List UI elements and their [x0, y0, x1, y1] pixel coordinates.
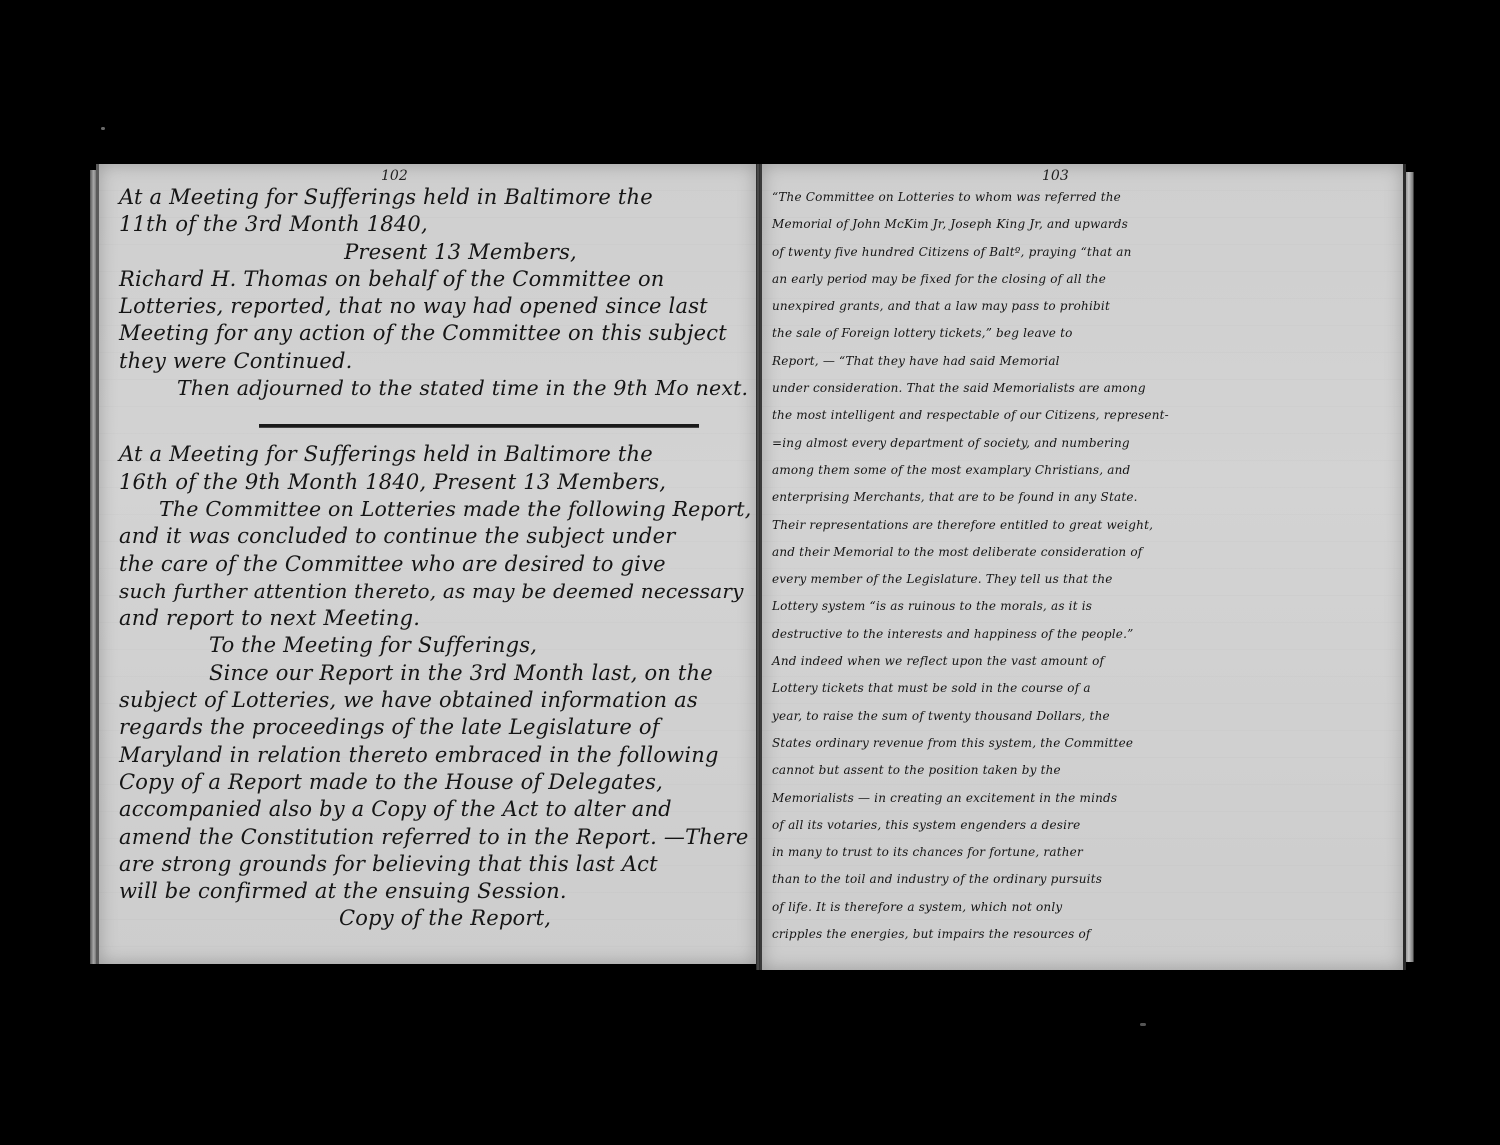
scan-dust-speck: [101, 127, 105, 130]
text-line: cannot but assent to the position taken …: [772, 757, 1395, 784]
text-line: such further attention thereto, as may b…: [119, 578, 742, 605]
text-line: Memorialists — in creating an excitement…: [772, 785, 1395, 812]
text-line: The Committee on Lotteries made the foll…: [119, 496, 742, 523]
text-line: every member of the Legislature. They te…: [772, 566, 1395, 593]
text-line: cripples the energies, but impairs the r…: [772, 921, 1395, 948]
report-line: Report, — “That they have had said Memor…: [772, 348, 1395, 375]
right-page-edge-stack: [1406, 172, 1414, 962]
text-line: in many to trust to its chances for fort…: [772, 839, 1395, 866]
text-line: under consideration. That the said Memor…: [772, 375, 1395, 402]
text-line: among them some of the most examplary Ch…: [772, 457, 1395, 484]
text-line: than to the toil and industry of the ord…: [772, 866, 1395, 893]
text-line: Lottery system “is as ruinous to the mor…: [772, 593, 1395, 620]
section-divider-rule: [259, 424, 699, 427]
scan-dust-speck: [1140, 1023, 1146, 1026]
text-line: At a Meeting for Sufferings held in Balt…: [119, 184, 742, 211]
text-line: Lotteries, reported, that no way had ope…: [119, 293, 742, 320]
text-line: Their representations are therefore enti…: [772, 512, 1395, 539]
meeting-entry-march-1840: At a Meeting for Sufferings held in Balt…: [119, 184, 742, 402]
text-line: year, to raise the sum of twenty thousan…: [772, 703, 1395, 730]
text-line: Then adjourned to the stated time in the…: [119, 375, 742, 402]
folio-number: 103: [1042, 168, 1069, 184]
text-line: destructive to the interests and happine…: [772, 621, 1395, 648]
right-page-text: “The Committee on Lotteries to whom was …: [772, 184, 1395, 948]
text-line: Copy of a Report made to the House of De…: [119, 769, 742, 796]
meeting-entry-september-1840: At a Meeting for Sufferings held in Balt…: [119, 441, 742, 932]
address-line: To the Meeting for Sufferings,: [119, 632, 742, 659]
text-line: are strong grounds for believing that th…: [119, 851, 742, 878]
text-line: Maryland in relation thereto embraced in…: [119, 742, 742, 769]
attendance-line: Present 13 Members,: [119, 239, 742, 266]
text-line: “The Committee on Lotteries to whom was …: [772, 184, 1395, 211]
text-line: the sale of Foreign lottery tickets,” be…: [772, 320, 1395, 347]
text-line: =ing almost every department of society,…: [772, 430, 1395, 457]
text-line: At a Meeting for Sufferings held in Balt…: [119, 441, 742, 468]
text-line: and their Memorial to the most deliberat…: [772, 539, 1395, 566]
text-line: regards the proceedings of the late Legi…: [119, 714, 742, 741]
text-line: And indeed when we reflect upon the vast…: [772, 648, 1395, 675]
text-line: Memorial of John McKim Jr, Joseph King J…: [772, 211, 1395, 238]
text-line: States ordinary revenue from this system…: [772, 730, 1395, 757]
open-book-spread: 102 At a Meeting for Sufferings held in …: [88, 160, 1420, 972]
text-line: and report to next Meeting.: [119, 605, 742, 632]
text-line: an early period may be fixed for the clo…: [772, 266, 1395, 293]
folio-number: 102: [381, 168, 408, 184]
text-line: enterprising Merchants, that are to be f…: [772, 484, 1395, 511]
text-line: the care of the Committee who are desire…: [119, 551, 742, 578]
text-line: of all its votaries, this system engende…: [772, 812, 1395, 839]
text-line: Richard H. Thomas on behalf of the Commi…: [119, 266, 742, 293]
report-heading: Copy of the Report,: [119, 905, 742, 932]
text-line: amend the Constitution referred to in th…: [119, 824, 742, 851]
text-line: of twenty five hundred Citizens of Baltº…: [772, 239, 1395, 266]
text-line: the most intelligent and respectable of …: [772, 402, 1395, 429]
left-page-text: At a Meeting for Sufferings held in Balt…: [119, 184, 742, 933]
text-line: Lottery tickets that must be sold in the…: [772, 675, 1395, 702]
text-line: of life. It is therefore a system, which…: [772, 894, 1395, 921]
text-line: will be confirmed at the ensuing Session…: [119, 878, 742, 905]
right-page: 103 “The Committee on Lotteries to whom …: [760, 164, 1406, 970]
text-line: 11th of the 3rd Month 1840,: [119, 211, 742, 238]
text-line: unexpired grants, and that a law may pas…: [772, 293, 1395, 320]
text-line: subject of Lotteries, we have obtained i…: [119, 687, 742, 714]
text-line: and it was concluded to continue the sub…: [119, 523, 742, 550]
text-line: Since our Report in the 3rd Month last, …: [119, 660, 742, 687]
left-page: 102 At a Meeting for Sufferings held in …: [96, 164, 758, 964]
text-line: 16th of the 9th Month 1840, Present 13 M…: [119, 469, 742, 496]
text-line: Meeting for any action of the Committee …: [119, 320, 742, 347]
text-line: they were Continued.: [119, 348, 742, 375]
text-line: accompanied also by a Copy of the Act to…: [119, 796, 742, 823]
